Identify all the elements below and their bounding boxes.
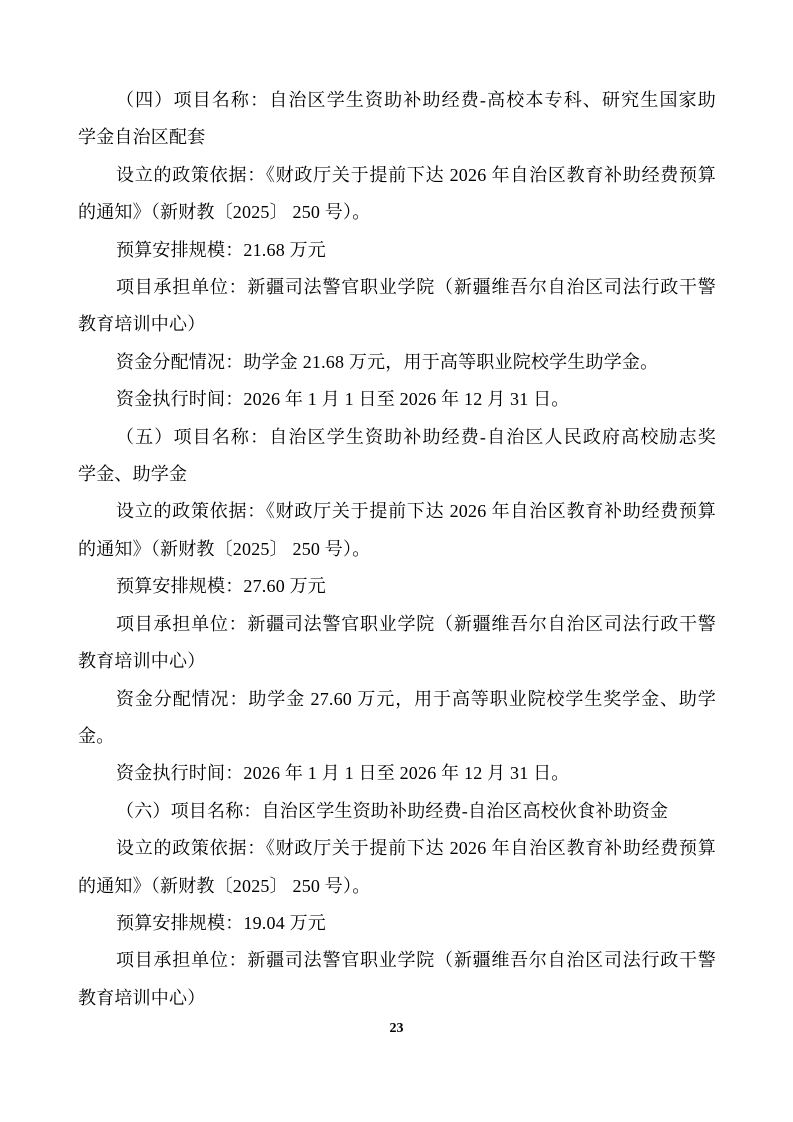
text-line: 学金自治区配套 <box>78 119 716 156</box>
text-line: 教育培训中心） <box>78 306 716 343</box>
text-line: 学金、助学金 <box>78 456 716 493</box>
page-number: 23 <box>0 1021 793 1037</box>
text-line: 的通知》（新财教〔2025〕 250 号）。 <box>78 194 716 231</box>
text-line: 的通知》（新财教〔2025〕 250 号）。 <box>78 868 716 905</box>
text-line: 项目承担单位：新疆司法警官职业学院（新疆维吾尔自治区司法行政干警 <box>78 942 716 979</box>
text-line: 的通知》（新财教〔2025〕 250 号）。 <box>78 531 716 568</box>
text-line: 设立的政策依据：《财政厅关于提前下达 2026 年自治区教育补助经费预算 <box>78 830 716 867</box>
text-line: 教育培训中心） <box>78 980 716 1017</box>
text-line: （五）项目名称：自治区学生资助补助经费-自治区人民政府高校励志奖 <box>78 419 716 456</box>
text-line: （六）项目名称：自治区学生资助补助经费-自治区高校伙食补助资金 <box>78 793 716 830</box>
text-line: 预算安排规模：27.60 万元 <box>78 568 716 605</box>
text-line: 预算安排规模：19.04 万元 <box>78 905 716 942</box>
document-page: （四）项目名称：自治区学生资助补助经费-高校本专科、研究生国家助 学金自治区配套… <box>0 0 793 1122</box>
text-line: 资金执行时间：2026 年 1 月 1 日至 2026 年 12 月 31 日。 <box>78 755 716 792</box>
text-line: 设立的政策依据：《财政厅关于提前下达 2026 年自治区教育补助经费预算 <box>78 157 716 194</box>
text-line: 项目承担单位：新疆司法警官职业学院（新疆维吾尔自治区司法行政干警 <box>78 606 716 643</box>
text-line: 资金分配情况：助学金 27.60 万元，用于高等职业院校学生奖学金、助学 <box>78 681 716 718</box>
text-line: 设立的政策依据：《财政厅关于提前下达 2026 年自治区教育补助经费预算 <box>78 493 716 530</box>
text-line: 项目承担单位：新疆司法警官职业学院（新疆维吾尔自治区司法行政干警 <box>78 269 716 306</box>
text-line: 预算安排规模：21.68 万元 <box>78 232 716 269</box>
document-body: （四）项目名称：自治区学生资助补助经费-高校本专科、研究生国家助 学金自治区配套… <box>78 82 716 1017</box>
text-line: 资金执行时间：2026 年 1 月 1 日至 2026 年 12 月 31 日。 <box>78 381 716 418</box>
text-line: 教育培训中心） <box>78 643 716 680</box>
text-line: 金。 <box>78 718 716 755</box>
text-line: 资金分配情况：助学金 21.68 万元，用于高等职业院校学生助学金。 <box>78 344 716 381</box>
text-line: （四）项目名称：自治区学生资助补助经费-高校本专科、研究生国家助 <box>78 82 716 119</box>
